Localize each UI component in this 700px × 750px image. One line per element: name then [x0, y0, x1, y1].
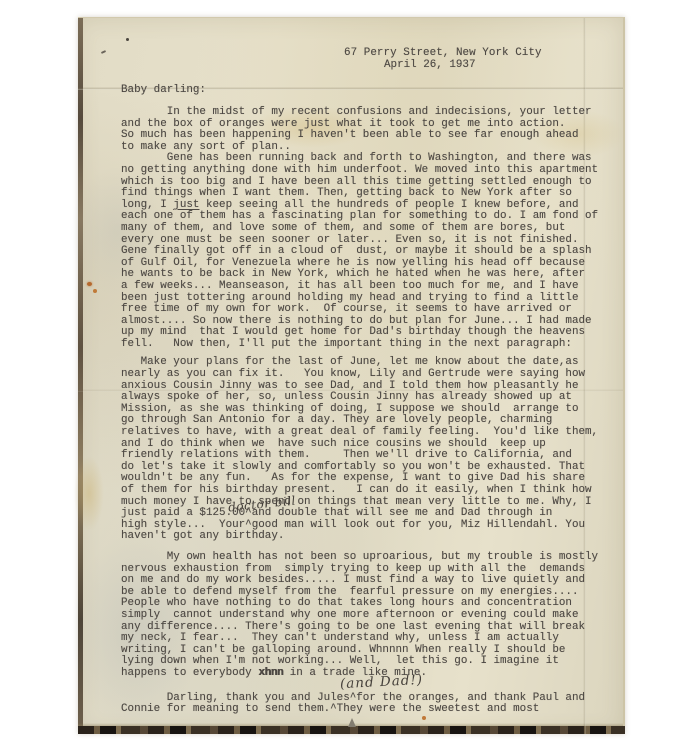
paper-left-torn-edge — [78, 18, 83, 734]
sender-address: 67 Perry Street, New York City — [344, 47, 542, 59]
paragraph-text: My own health has not been so uproarious… — [121, 551, 598, 679]
ink-speck — [126, 38, 129, 41]
paragraph-2: Gene has been running back and forth to … — [121, 153, 621, 350]
scanned-letter-page: 67 Perry Street, New York City April 26,… — [0, 0, 700, 750]
paragraph-4: My own health has not been so uproarious… — [121, 552, 621, 680]
paragraph-3: Make your plans for the last of June, le… — [121, 357, 621, 543]
rust-speck — [422, 716, 426, 720]
rust-speck — [87, 282, 92, 286]
paper-tear-notch — [348, 718, 356, 727]
paragraph-5: Darling, thank you and Jules^for the ora… — [121, 693, 621, 716]
underlined-word: just — [173, 199, 199, 211]
paragraph-1: In the midst of my recent confusions and… — [121, 107, 621, 153]
salutation: Baby darling: — [121, 84, 206, 96]
paragraph-text: keep seeing all the hundreds of people I… — [121, 199, 598, 350]
letter-body: In the midst of my recent confusions and… — [121, 107, 621, 716]
ink-speck — [101, 50, 106, 54]
paper-sheet: 67 Perry Street, New York City April 26,… — [78, 17, 625, 734]
rust-speck — [93, 289, 97, 293]
paper-bottom-dark-edge — [78, 726, 625, 734]
letter-date: April 26, 1937 — [384, 59, 476, 71]
typed-over-word: xhnn — [258, 667, 283, 679]
